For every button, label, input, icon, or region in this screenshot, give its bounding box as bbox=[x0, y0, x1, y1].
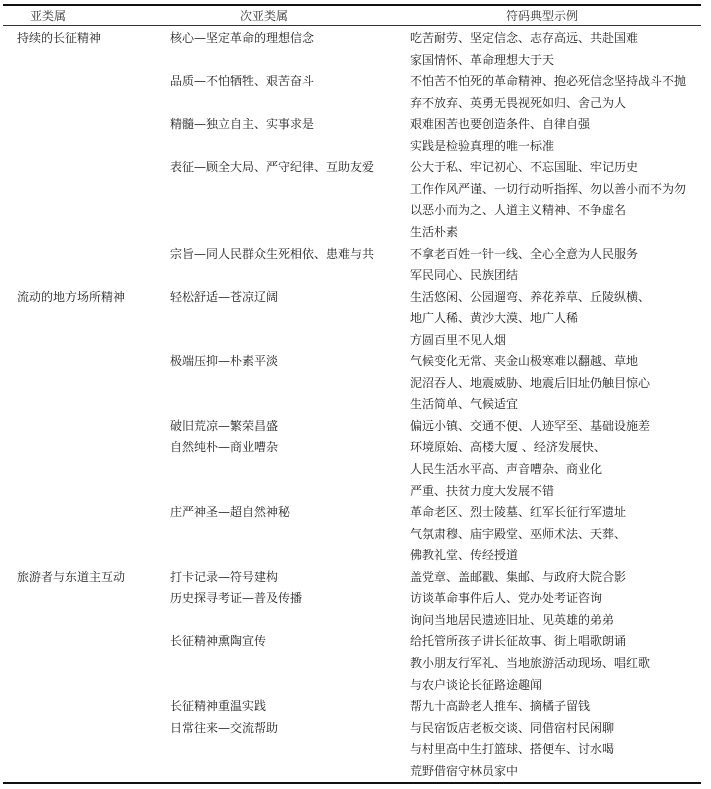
subcategory-cell: 宗旨—同人民群众生死相依、患难与共 bbox=[170, 246, 374, 262]
subcategory-cell: 破旧荒凉—繁荣昌盛 bbox=[170, 418, 278, 434]
example-line: 教小朋友行军礼、当地旅游活动现场、唱红歌 bbox=[410, 655, 650, 671]
category-cell: 旅游者与东道主互动 bbox=[17, 569, 125, 585]
example-line: 不拿老百姓一针一线、全心全意为人民服务 bbox=[410, 246, 638, 262]
example-line: 生活朴素 bbox=[410, 224, 458, 240]
example-line: 以恶小而为之、人道主义精神、不争虚名 bbox=[410, 202, 626, 218]
subcategory-cell: 日常往来—交流帮助 bbox=[170, 720, 278, 736]
subcategory-cell: 庄严神圣—超自然神秘 bbox=[170, 504, 290, 520]
example-line: 弃不放弃、英勇无畏视死如归、舍己为人 bbox=[410, 95, 626, 111]
header-examples: 符码典型示例 bbox=[506, 8, 578, 24]
example-line: 给托管所孩子讲长征故事、街上唱歌朗诵 bbox=[410, 633, 626, 649]
subcategory-cell: 长征精神熏陶宣传 bbox=[170, 633, 266, 649]
category-cell: 持续的长征精神 bbox=[17, 30, 101, 46]
example-line: 家国情怀、革命理想大于天 bbox=[410, 52, 554, 68]
example-line: 询问当地居民遗迹旧址、见英雄的弟弟 bbox=[410, 612, 614, 628]
example-line: 荒野借宿守林员家中 bbox=[410, 763, 518, 779]
example-line: 不怕苦不怕死的革命精神、抱必死信念坚持战斗不抛 bbox=[410, 73, 686, 89]
subcategory-cell: 品质—不怕牺牲、艰苦奋斗 bbox=[170, 73, 314, 89]
subcategory-cell: 精髓—独立自主、实事求是 bbox=[170, 116, 314, 132]
example-line: 气候变化无常、夹金山极寒难以翻越、草地 bbox=[410, 353, 638, 369]
example-line: 与村里高中生打篮球、搭便车、讨水喝 bbox=[410, 741, 614, 757]
header-category: 亚类属 bbox=[30, 8, 66, 24]
example-line: 访谈革命事件后人、党办处考证咨询 bbox=[410, 590, 602, 606]
subcategory-cell: 极端压抑—朴素平淡 bbox=[170, 353, 278, 369]
example-line: 革命老区、烈士陵墓、红军长征行军遗址 bbox=[410, 504, 626, 520]
example-line: 工作作风严谨、一切行动听指挥、勿以善小而不为勿 bbox=[410, 181, 686, 197]
example-line: 气氛肃穆、庙宇殿堂、巫师术法、天葬、 bbox=[410, 526, 626, 542]
example-line: 盖党章、盖邮戳、集邮、与政府大院合影 bbox=[410, 569, 626, 585]
subcategory-cell: 历史探寻考证—普及传播 bbox=[170, 590, 302, 606]
header-subcategory: 次亚类属 bbox=[240, 8, 288, 24]
example-line: 环境原始、高楼大厦 、经济发展快、 bbox=[410, 439, 606, 455]
example-line: 方圆百里不见人烟 bbox=[410, 332, 506, 348]
subcategory-cell: 轻松舒适—苍凉辽阔 bbox=[170, 289, 278, 305]
header-rule bbox=[3, 25, 701, 26]
example-line: 佛教礼堂、传经授道 bbox=[410, 547, 518, 563]
example-line: 严重、扶贫力度大发展不错 bbox=[410, 483, 554, 499]
example-line: 生活悠闲、公园遛弯、养花养草、丘陵纵横、 bbox=[410, 289, 650, 305]
subcategory-cell: 表征—顾全大局、严守纪律、互助友爱 bbox=[170, 159, 374, 175]
subcategory-cell: 打卡记录—符号建构 bbox=[170, 569, 278, 585]
example-line: 与农户谈论长征路途趣闻 bbox=[410, 677, 542, 693]
example-line: 与民宿饭店老板交谈、同借宿村民闲聊 bbox=[410, 720, 614, 736]
example-line: 人民生活水平高、声音嘈杂、商业化 bbox=[410, 461, 602, 477]
example-line: 帮九十高龄老人推车、摘橘子留钱 bbox=[410, 698, 590, 714]
table-bottom-rule bbox=[3, 782, 701, 784]
example-line: 泥沼吞人、地震威胁、地震后旧址仍触目惊心 bbox=[410, 375, 650, 391]
category-cell: 流动的地方场所精神 bbox=[17, 289, 125, 305]
subcategory-cell: 长征精神重温实践 bbox=[170, 698, 266, 714]
example-line: 生活简单、气候适宜 bbox=[410, 396, 518, 412]
subcategory-cell: 自然纯朴—商业嘈杂 bbox=[170, 439, 278, 455]
table-top-rule bbox=[3, 4, 701, 6]
subcategory-cell: 核心—坚定革命的理想信念 bbox=[170, 30, 314, 46]
example-line: 艰难困苦也要创造条件、自律自强 bbox=[410, 116, 590, 132]
example-line: 军民同心、民族团结 bbox=[410, 267, 518, 283]
example-line: 公大于私、牢记初心、不忘国耻、牢记历史 bbox=[410, 159, 638, 175]
example-line: 吃苦耐劳、坚定信念、志存高远、共赴国难 bbox=[410, 30, 638, 46]
example-line: 实践是检验真理的唯一标准 bbox=[410, 138, 554, 154]
example-line: 偏远小镇、交通不便、人迹罕至、基础设施差 bbox=[410, 418, 650, 434]
example-line: 地广人稀、黄沙大漠、地广人稀 bbox=[410, 310, 578, 326]
